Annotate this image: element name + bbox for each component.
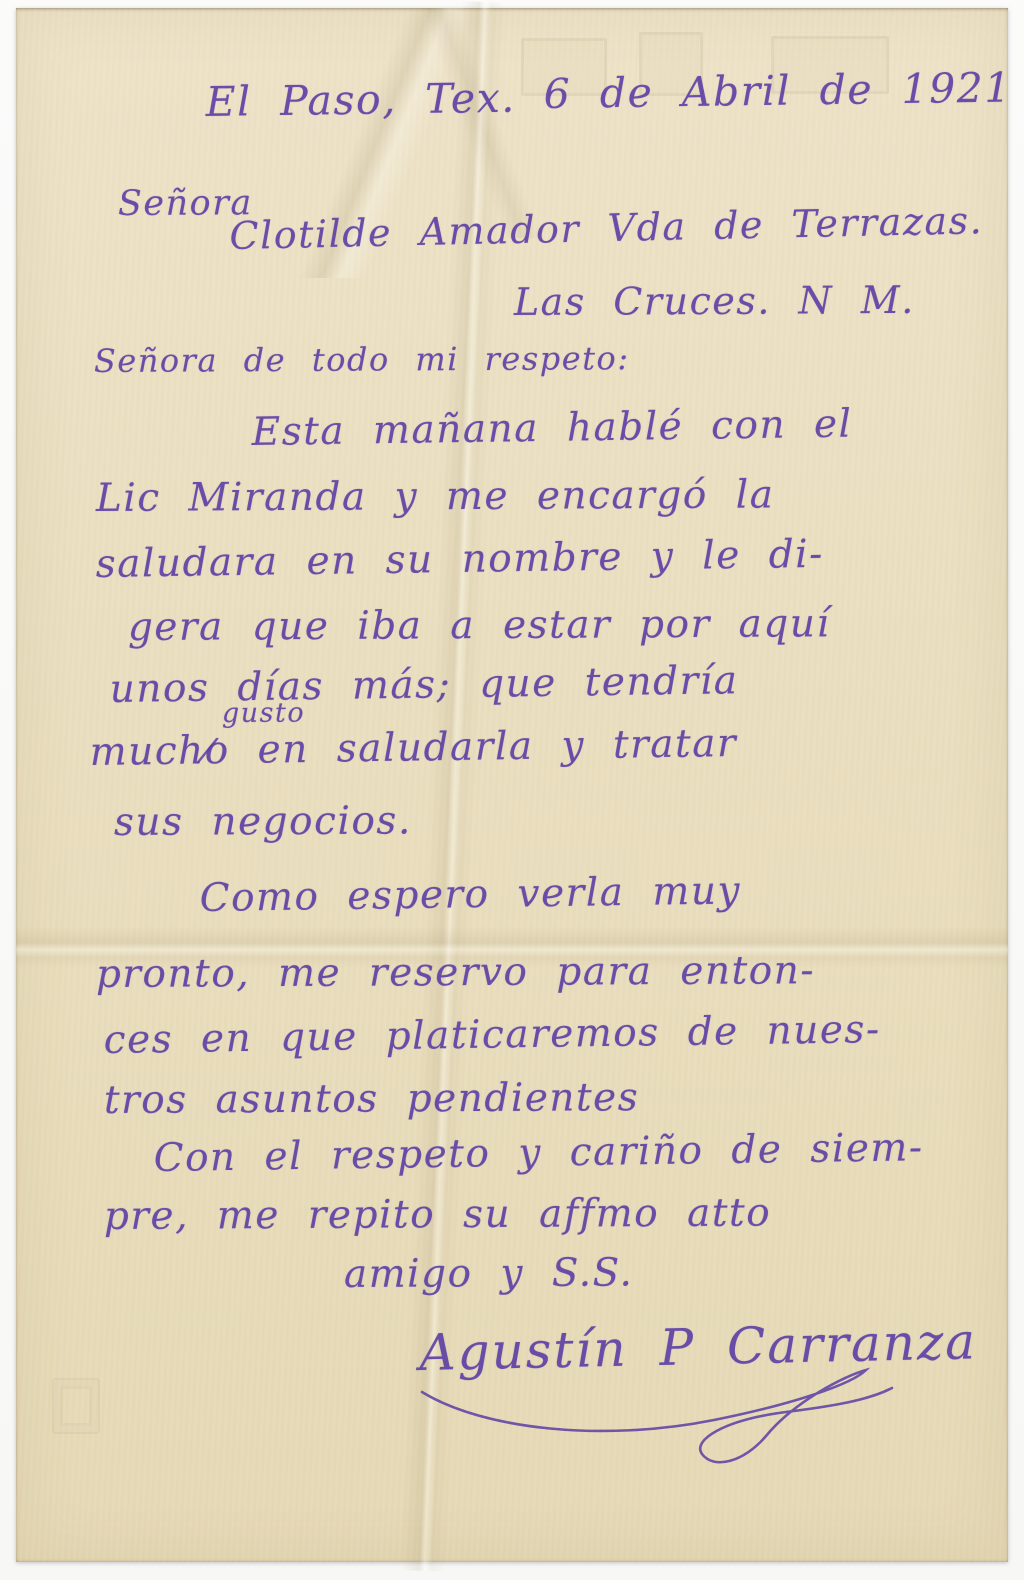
body-line: unos días más; que tendría bbox=[109, 658, 738, 712]
scan-background: El Paso, Tex. 6 de Abril de 1921 Señora … bbox=[0, 0, 1024, 1580]
body-line: Lic Miranda y me encargó la bbox=[96, 472, 775, 521]
body-line: mucho en saludarla y tratar bbox=[89, 721, 737, 775]
body-line: gera que iba a estar por aquí bbox=[128, 601, 831, 650]
body-line: amigo y S.S. bbox=[344, 1250, 634, 1297]
body-line: saludara en su nombre y le di- bbox=[95, 532, 824, 587]
body-line: Como espero verla muy bbox=[199, 868, 741, 921]
dateline-date: 6 de Abril de 1921 bbox=[543, 63, 1012, 118]
inserted-word: gusto bbox=[222, 698, 305, 729]
body-line: Esta mañana hablé con el bbox=[251, 402, 852, 455]
body-line: tros asuntos pendientes bbox=[104, 1075, 640, 1123]
signature-flourish bbox=[414, 1350, 914, 1480]
embossed-watermark bbox=[52, 1378, 100, 1434]
recipient-city: Las Cruces. N M. bbox=[514, 278, 915, 324]
body-line: pre, me repito su affmo atto bbox=[104, 1191, 771, 1239]
body-line: Con el respeto y cariño de siem- bbox=[153, 1125, 923, 1181]
salutation: Señora de todo mi respeto: bbox=[94, 339, 630, 380]
dateline-place: El Paso, Tex. bbox=[205, 74, 516, 126]
body-line: ces en que platicaremos de nues- bbox=[103, 1007, 881, 1063]
body-line: sus negocios. bbox=[114, 798, 412, 845]
letter-paper: El Paso, Tex. 6 de Abril de 1921 Señora … bbox=[16, 8, 1008, 1562]
body-line: pronto, me reservo para enton- bbox=[96, 948, 815, 997]
